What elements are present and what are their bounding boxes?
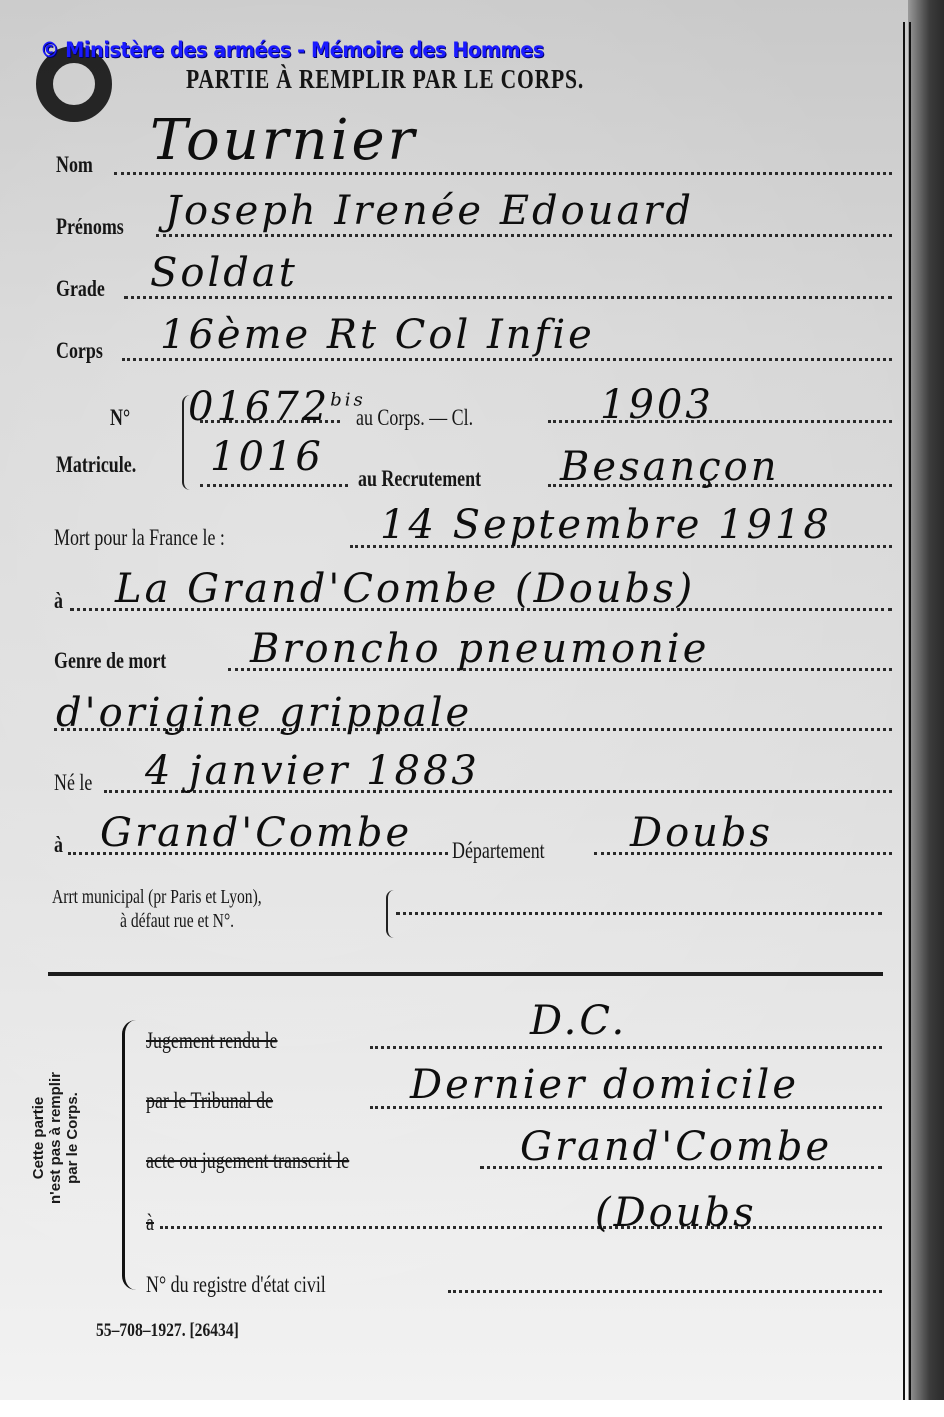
lower-section-brace	[122, 1020, 139, 1290]
registre-dotted-line	[448, 1290, 882, 1293]
mort-date-value: 14 Septembre 1918	[380, 502, 832, 548]
matricule-recrutement-value: 1016	[210, 434, 324, 480]
arrondissement-dotted-line	[396, 912, 882, 915]
mort-lieu-label: à	[54, 588, 63, 614]
departement-value: Doubs	[630, 810, 773, 856]
section-divider	[48, 972, 883, 976]
form-reference: 55–708–1927. [26434]	[96, 1320, 239, 1342]
side-note: Cette partie n'est pas à remplir par le …	[30, 1038, 81, 1238]
tribunal-label: par le Tribunal de	[146, 1088, 273, 1114]
frame-border	[903, 22, 905, 1400]
corps-label: Corps	[56, 338, 103, 364]
side-note-line-1: Cette partie	[30, 1038, 47, 1238]
au-corps-label: au Corps. — Cl.	[356, 405, 473, 431]
arrondissement-label-2: à défaut rue et N°.	[120, 910, 234, 933]
matricule-label: Matricule.	[56, 452, 136, 478]
side-note-line-3: par le Corps.	[64, 1038, 81, 1238]
matricule-corps-dotted-line	[200, 420, 340, 423]
naissance-lieu-value: Grand'Combe	[100, 810, 412, 856]
form-heading: PARTIE À REMPLIR PAR LE CORPS.	[186, 64, 584, 95]
nom-label: Nom	[56, 152, 93, 178]
prenoms-value: Joseph Irenée Edouard	[165, 188, 694, 234]
naissance-date-value: 4 janvier 1883	[145, 748, 480, 794]
genre-mort-value-line2: d'origine grippale	[56, 690, 472, 736]
corps-dotted-line	[122, 358, 892, 361]
grade-dotted-line	[124, 296, 892, 299]
transcrit-a-value: (Doubs	[595, 1190, 757, 1236]
arrondissement-label-1: Arrt municipal (pr Paris et Lyon),	[52, 886, 262, 909]
prenoms-label: Prénoms	[56, 214, 124, 240]
jugement-value: D.C.	[530, 998, 627, 1044]
nom-value: Tournier	[150, 108, 417, 173]
transcrit-a-label: à	[146, 1210, 154, 1236]
transcrit-a-dotted-line	[160, 1226, 882, 1229]
matricule-label-no: N°	[110, 405, 130, 431]
tribunal-value: Dernier domicile	[410, 1062, 799, 1108]
recrutement-label: au Recrutement	[358, 466, 481, 492]
recrutement-dotted-line	[200, 484, 348, 487]
jugement-dotted-line	[370, 1046, 882, 1049]
naissance-lieu-label: à	[54, 832, 63, 858]
matricule-corps-value: 01672bis	[188, 384, 366, 430]
frame-border	[909, 22, 911, 1400]
departement-label: Département	[452, 838, 545, 864]
jugement-label: Jugement rendu le	[146, 1028, 278, 1054]
registre-label: N° du registre d'état civil	[146, 1272, 326, 1298]
copyright-watermark: © Ministère des armées - Mémoire des Hom…	[40, 38, 544, 62]
mort-lieu-value: La Grand'Combe (Doubs)	[115, 566, 695, 612]
classe-value: 1903	[600, 382, 714, 428]
transcrit-value: Grand'Combe	[520, 1124, 832, 1170]
genre-mort-value-line1: Broncho pneumonie	[250, 626, 709, 672]
corps-value: 16ème Rt Col Infie	[160, 312, 595, 358]
grade-value: Soldat	[150, 250, 298, 296]
mort-date-label: Mort pour la France le :	[54, 525, 225, 551]
recrutement-lieu-value: Besançon	[560, 444, 779, 490]
side-note-line-2: n'est pas à remplir	[47, 1038, 64, 1238]
naissance-date-label: Né le	[54, 770, 92, 796]
grade-label: Grade	[56, 276, 105, 302]
page-edge-shadow	[908, 0, 944, 1400]
transcrit-label: acte ou jugement transcrit le	[146, 1148, 349, 1174]
prenoms-dotted-line	[156, 234, 892, 237]
genre-mort-label: Genre de mort	[54, 648, 166, 674]
